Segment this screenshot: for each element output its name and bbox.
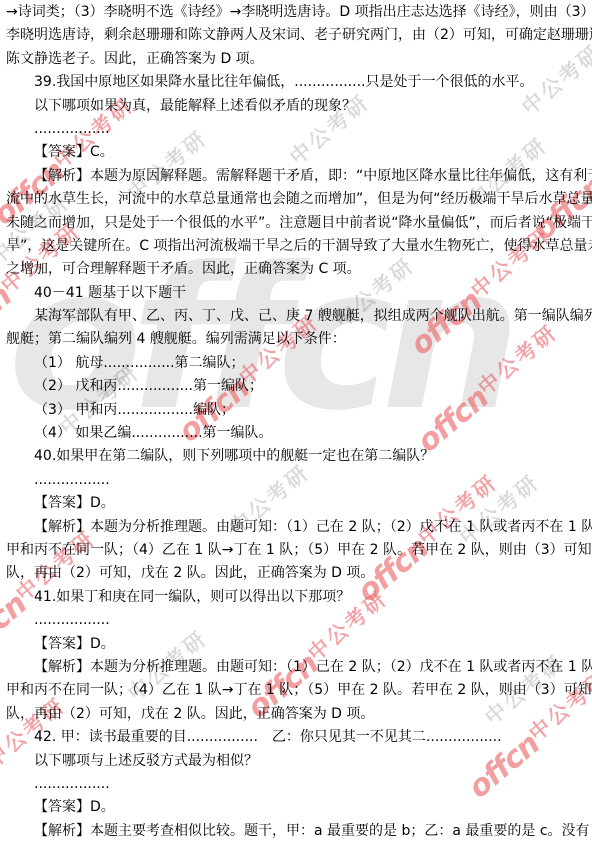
- text-line: 陈文静选老子。因此，正确答案为 D 项。: [6, 48, 590, 71]
- text-line: 【解析】本题主要考查相似比较。题干，甲：a 最重要的是 b；乙：a 最重要的是 …: [6, 820, 590, 843]
- text-line: 39.我国中原地区如果降水量比往年偏低，................只是处于…: [6, 71, 590, 94]
- text-line: 41.如果丁和庚在同一编队，则可以得出以下那项？: [6, 586, 590, 609]
- text-line: 旱”，这是关键所在。C 项指出河流极端干旱之后的干涸导致了大量水生物死亡，使得水…: [6, 235, 590, 258]
- document-page: offcn offcn中公考研 offcn中公考研 offcn中公考研 offc…: [0, 0, 592, 848]
- text-line: 【答案】D。: [6, 633, 590, 656]
- document-text: →诗词类；（3）李晓明不选《诗经》→李晓明选唐诗。D 项指出庄志达选择《诗经》，…: [6, 1, 590, 843]
- text-line: 【答案】C。: [6, 141, 590, 164]
- text-line: 甲和丙不在同一队；（4）乙在 1 队→丁在 1 队；（5）甲在 2 队。若甲在 …: [6, 679, 590, 702]
- text-line: 【解析】本题为分析推理题。由题可知：（1）己在 2 队；（2）戊不在 1 队或者…: [6, 656, 590, 679]
- text-line: （2） 戊和丙.................第一编队；: [6, 375, 590, 398]
- text-line: 40.如果甲在第二编队，则下列哪项中的舰艇一定也在第二编队？: [6, 445, 590, 468]
- text-line: →诗词类；（3）李晓明不选《诗经》→李晓明选唐诗。D 项指出庄志达选择《诗经》，…: [6, 1, 590, 24]
- text-line: 以下哪项如果为真，最能解释上述看似矛盾的现象？: [6, 95, 590, 118]
- text-line: 某海军部队有甲、乙、丙、丁、戊、己、庚 7 艘舰艇，拟组成两个舰队出航。第一编队…: [6, 305, 590, 328]
- text-line: .................: [6, 609, 590, 632]
- text-line: 【答案】D。: [6, 492, 590, 515]
- text-line: （1） 航母................第二编队；: [6, 352, 590, 375]
- text-line: .................: [6, 773, 590, 796]
- text-line: 未随之而增加，只是处于一个很低的水平”。注意题目中前者说“降水量偏低”，而后者说…: [6, 212, 590, 235]
- text-line: 之增加，可合理解释题干矛盾。因此，正确答案为 C 项。: [6, 258, 590, 281]
- text-line: 【解析】本题为分析推理题。由题可知：（1）己在 2 队；（2）戊不在 1 队或者…: [6, 516, 590, 539]
- text-line: （4） 如果乙编................第一编队。: [6, 422, 590, 445]
- text-line: 舰艇；第二编队编列 4 艘舰艇。编列需满足以下条件：: [6, 328, 590, 351]
- text-line: 流中的水草生长，河流中的水草总量通常也会随之而增加”，但是为何“经历极端干旱后水…: [6, 188, 590, 211]
- text-line: 队，再由（2）可知，戊在 2 队。因此，正确答案为 D 项。: [6, 703, 590, 726]
- text-line: .................: [6, 469, 590, 492]
- text-line: 队，再由（2）可知，戊在 2 队。因此，正确答案为 D 项。: [6, 562, 590, 585]
- text-line: 42. 甲：读书最重要的目................ 乙：你只见其一不见其…: [6, 726, 590, 749]
- text-line: .................: [6, 118, 590, 141]
- text-line: 以下哪项与上述反驳方式最为相似？: [6, 750, 590, 773]
- text-line: 李晓明选唐诗，剩余赵珊珊和陈文静两人及宋词、老子研究两门，由（2）可知，可确定赵…: [6, 24, 590, 47]
- text-line: 【答案】D。: [6, 796, 590, 819]
- text-line: 甲和丙不在同一队；（4）乙在 1 队→丁在 1 队；（5）甲在 2 队。若甲在 …: [6, 539, 590, 562]
- text-line: （3） 甲和丙.................编队；: [6, 399, 590, 422]
- text-line: 40－41 题基于以下题干: [6, 282, 590, 305]
- text-line: 【解析】本题为原因解释题。需解释题干矛盾，即：“中原地区降水量比往年偏低，这有利…: [6, 165, 590, 188]
